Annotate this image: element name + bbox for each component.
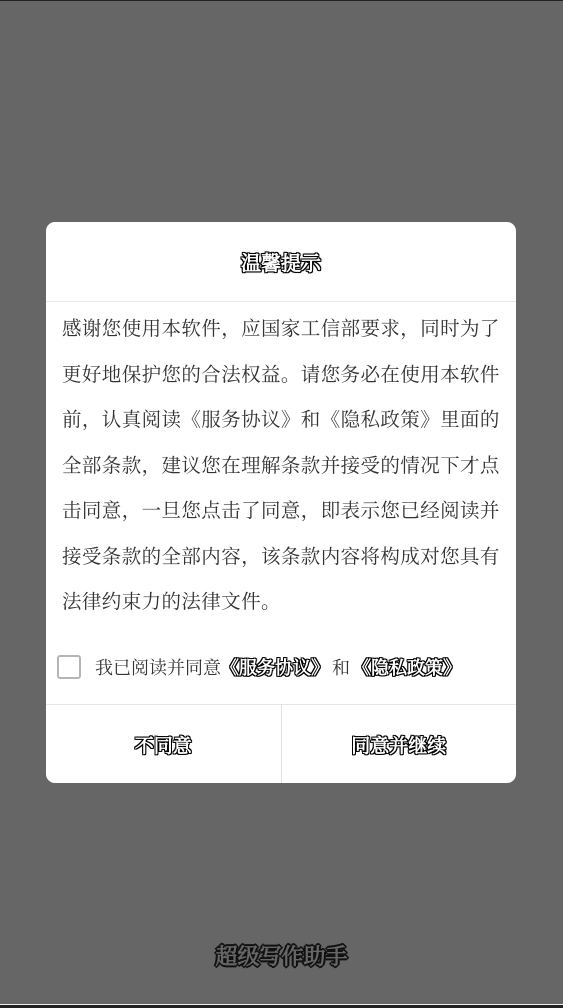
- app-name-label: 超级写作助手: [0, 940, 563, 971]
- privacy-policy-link[interactable]: 《隐私政策》: [353, 654, 461, 680]
- status-bar-edge: [0, 0, 563, 1]
- disagree-button[interactable]: 不同意: [46, 705, 281, 783]
- agree-label[interactable]: 我已阅读并同意: [95, 654, 221, 680]
- agree-continue-button[interactable]: 同意并继续: [281, 705, 517, 783]
- navigation-bar-edge: [0, 1004, 563, 1008]
- agree-row: 我已阅读并同意 《服务协议》 和 《隐私政策》: [46, 624, 516, 709]
- privacy-consent-dialog: 温馨提示 感谢您使用本软件，应国家工信部要求，同时为了更好地保护您的合法权益。请…: [46, 222, 516, 783]
- service-agreement-link[interactable]: 《服务协议》: [221, 654, 329, 680]
- agree-checkbox[interactable]: [57, 655, 81, 679]
- dialog-body-text: 感谢您使用本软件，应国家工信部要求，同时为了更好地保护您的合法权益。请您务必在使…: [46, 302, 516, 624]
- dialog-button-bar: 不同意 同意并继续: [46, 704, 516, 783]
- dialog-title: 温馨提示: [46, 222, 516, 302]
- and-text: 和: [332, 654, 350, 680]
